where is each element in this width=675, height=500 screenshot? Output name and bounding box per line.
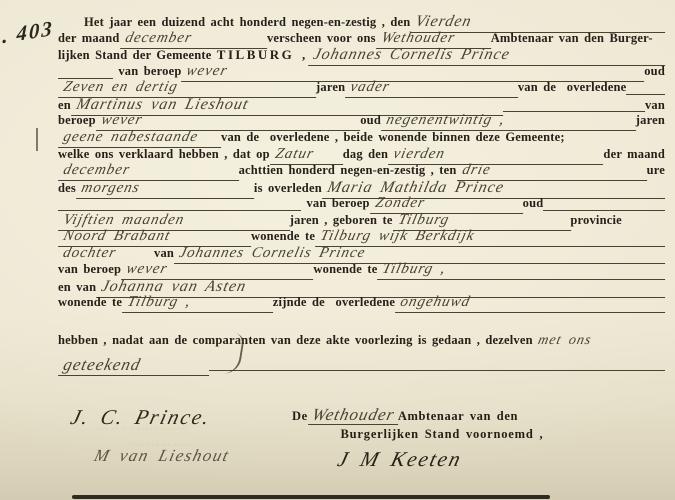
printed-text: zijnde de overledene — [273, 295, 395, 310]
handwritten-entry: Tilburg wijk Berkdijk — [315, 229, 669, 247]
handwritten-entry: vader — [345, 80, 522, 98]
printed-text: jaren — [636, 113, 665, 128]
handwritten-entry: negenentwintig , — [381, 113, 640, 131]
handwritten-entry: Tilburg , — [122, 295, 277, 313]
page-fold-mark — [36, 128, 38, 151]
blank-rule — [58, 209, 301, 211]
printed-text: en van — [58, 280, 96, 295]
officiant-de-label: De — [292, 409, 308, 424]
ink-bleed-ghost: ···· ··· ·· ····· — [128, 440, 193, 451]
printed-text: der maand — [603, 147, 665, 162]
printed-text: jaren — [316, 80, 345, 95]
act-line: hebben , nadat aan de comparanten van de… — [58, 333, 665, 352]
printed-text: verscheen voor ons — [267, 31, 376, 46]
blank-rule — [503, 110, 645, 112]
officiant-print-1: Ambtenaar van den — [398, 409, 518, 424]
act-line: wonende teTilburg ,zijnde de overledeneo… — [58, 295, 665, 314]
printed-text: van — [645, 98, 665, 113]
handwritten-entry: Tilburg , — [377, 262, 669, 280]
blank-rule — [543, 209, 665, 211]
printed-text: van de overledene , beide wonende binnen… — [221, 130, 565, 145]
handwritten-entry: geteekend — [58, 356, 214, 376]
printed-text: Ambtenaar van den Burger- — [491, 31, 653, 46]
handwritten-entry: met ons — [533, 334, 601, 350]
printed-text: wonende te — [251, 229, 315, 244]
printed-text: wonende te — [58, 295, 122, 310]
printed-text: des — [58, 181, 76, 196]
printed-text: lijken Stand der Gemeente — [58, 48, 217, 63]
blank-rule — [626, 93, 665, 95]
printed-text: der maand — [58, 31, 120, 46]
printed-text: provincie — [570, 213, 622, 228]
printed-text: beroep — [58, 113, 96, 128]
ink-bleed-ghost: ··· ·· ··· ····· ······· — [96, 424, 189, 435]
handwritten-entry: december — [58, 163, 243, 181]
printed-text: Het jaar een duizend acht honderd negen-… — [84, 15, 410, 30]
officiant-print-2: Burgerlijken Stand voornoemd , — [292, 427, 592, 442]
handwritten-entry: ongehuwd — [395, 295, 669, 313]
printed-text: en — [58, 98, 71, 113]
printed-text: van beroep — [58, 262, 121, 277]
printed-text: welke ons verklaard hebben , dat op — [58, 147, 270, 162]
death-certificate-scan: . 403 Het jaar een duizend acht honderd … — [0, 0, 675, 500]
act-line: geteekend — [58, 356, 665, 375]
signature-officiant: J M Keeten — [335, 447, 465, 472]
printed-text: van beroep — [113, 64, 181, 79]
scan-edge-shadow — [72, 495, 550, 499]
blank-rule — [209, 369, 665, 371]
officiant-line-1: De Wethouder Ambtenaar van den — [292, 406, 642, 425]
officiant-title-handwritten: Wethouder — [308, 406, 402, 425]
officiant-block: De Wethouder Ambtenaar van den Burgerlij… — [292, 406, 642, 442]
printed-text: van beroep — [301, 196, 369, 211]
printed-text: achttien honderd negen-en-zestig , ten — [239, 163, 457, 178]
printed-text: hebben , nadat aan de comparanten van de… — [58, 333, 533, 348]
act-number: . 403 — [2, 16, 54, 50]
printed-text: van de overledene — [518, 80, 627, 95]
printed-text: dag den — [343, 147, 388, 162]
printed-text: is overleden — [254, 181, 322, 196]
printed-text: jaren , geboren te — [290, 213, 393, 228]
handwritten-entry: geene nabestaande — [58, 130, 225, 148]
printed-text: TILBURG , — [217, 47, 308, 63]
printed-text: wonende te — [313, 262, 377, 277]
